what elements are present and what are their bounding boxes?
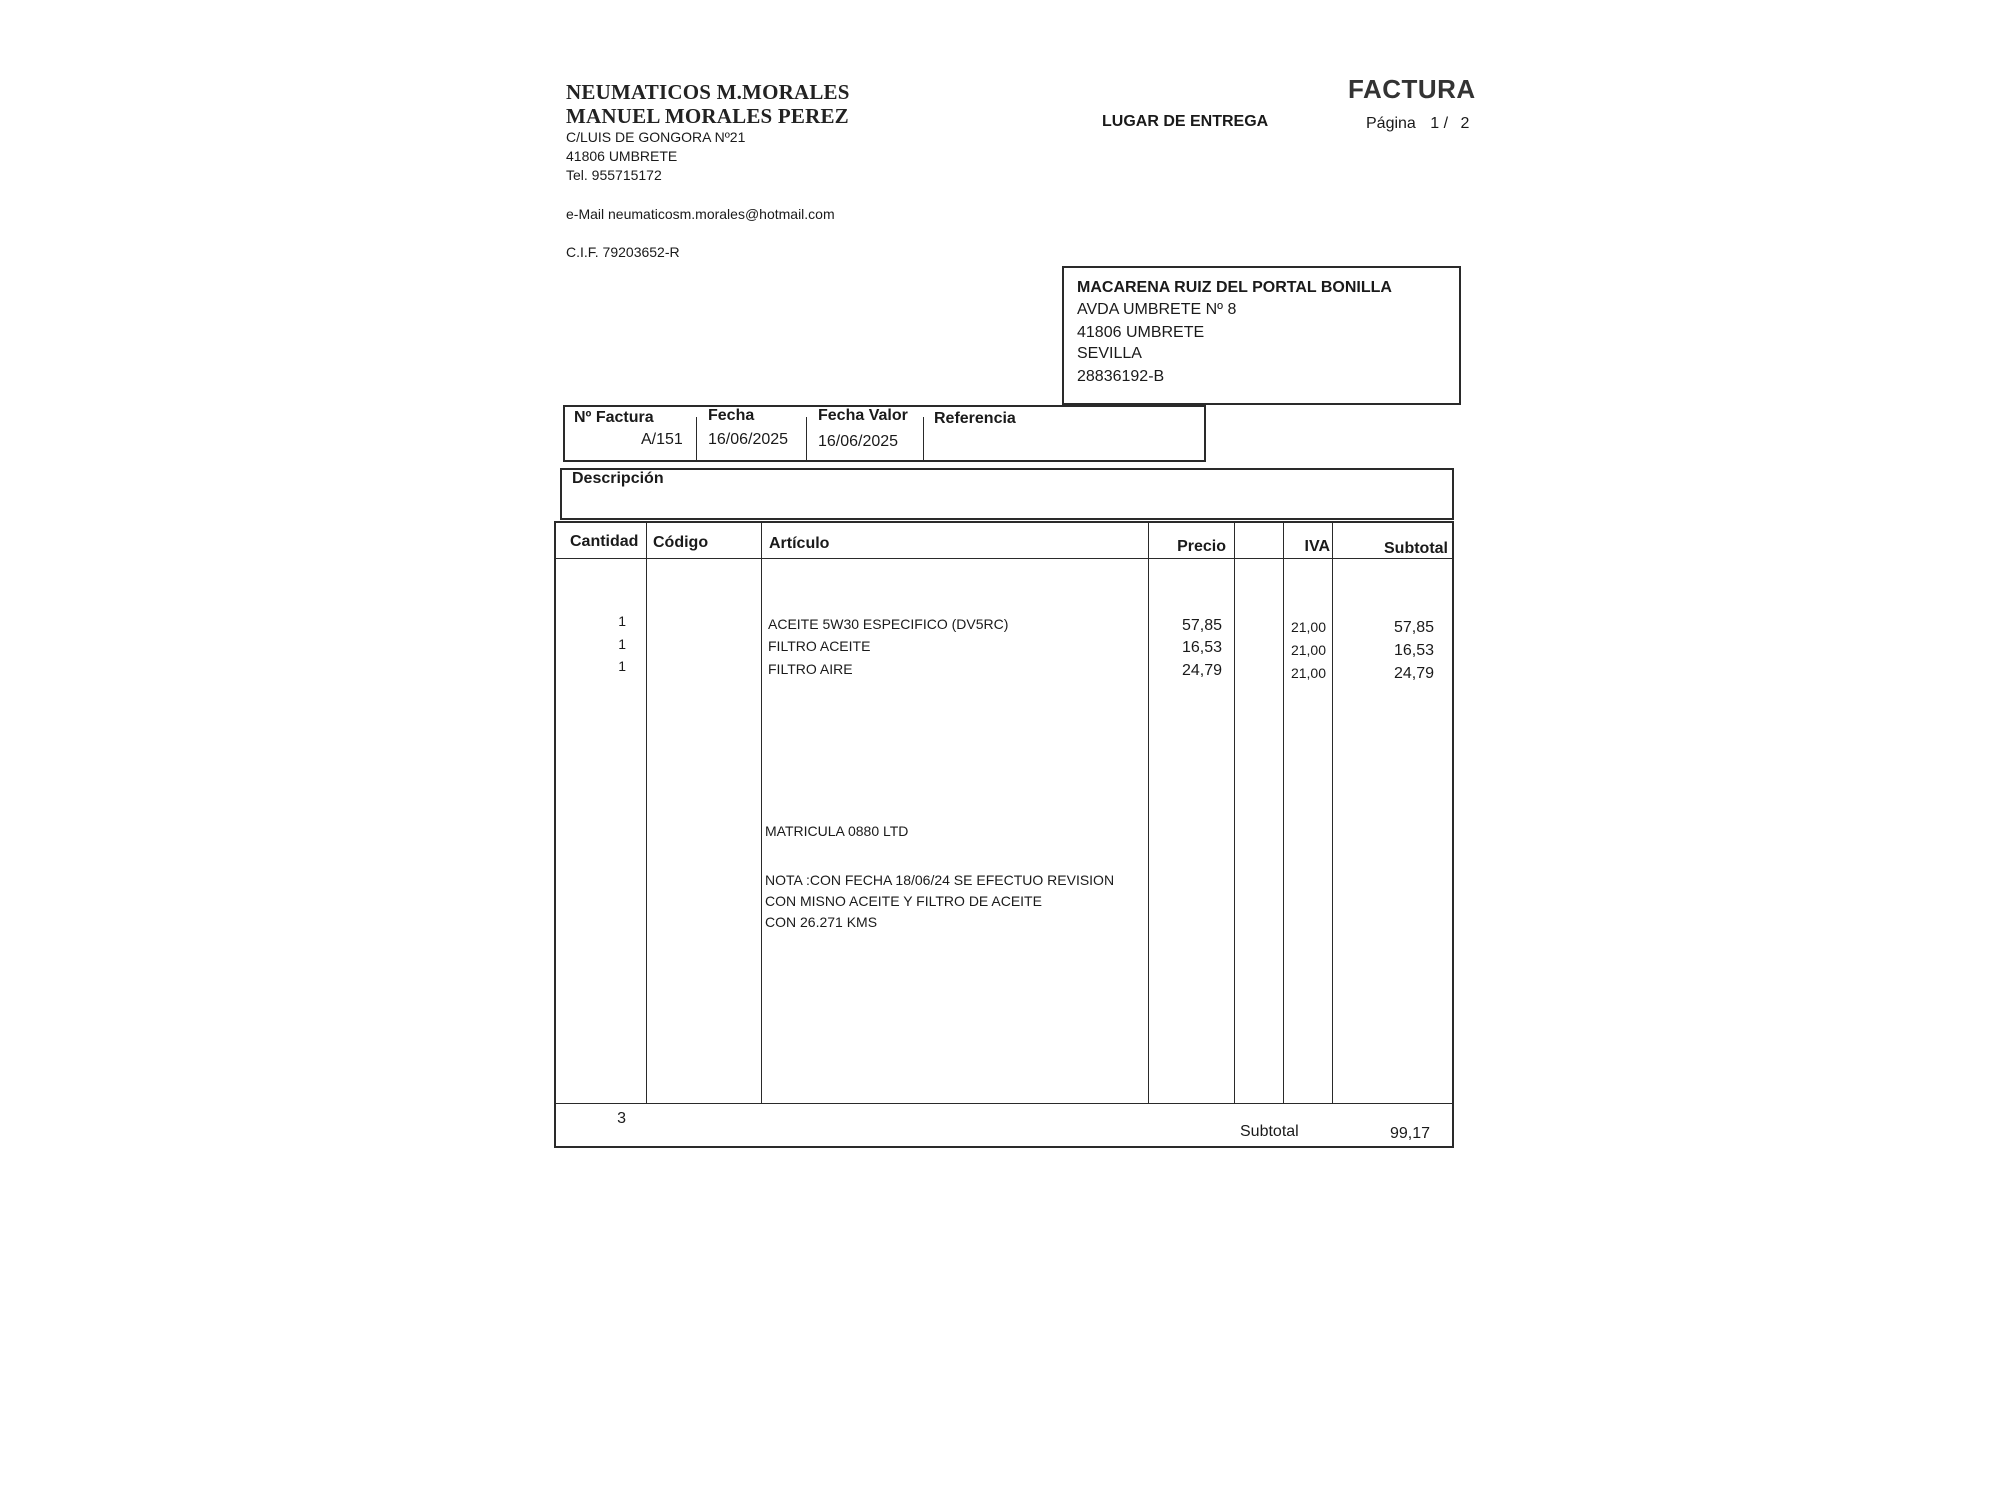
page-total: 2	[1461, 115, 1470, 132]
page-indicator: Página 1 / 2	[1366, 115, 1469, 133]
column-divider	[1148, 523, 1149, 1103]
invoice-info-box: Nº Factura A/151 Fecha 16/06/2025 Fecha …	[563, 405, 1206, 462]
date-label: Fecha	[708, 407, 754, 425]
delivery-place-label: LUGAR DE ENTREGA	[1102, 113, 1268, 131]
column-divider	[761, 523, 762, 1103]
column-header-quantity: Cantidad	[570, 533, 638, 551]
divider	[923, 417, 924, 461]
document-type: FACTURA	[1348, 74, 1476, 105]
column-divider	[1234, 523, 1235, 1103]
issuer-address: C/LUIS DE GONGORA Nº21	[566, 129, 745, 145]
description-label: Descripción	[572, 470, 664, 488]
column-divider	[646, 523, 647, 1103]
client-province: SEVILLA	[1077, 345, 1142, 363]
divider	[806, 417, 807, 461]
invoice-date: 16/06/2025	[708, 431, 788, 449]
row-price: 16,53	[1146, 639, 1222, 657]
row-quantity: 1	[576, 658, 626, 674]
client-box: MACARENA RUIZ DEL PORTAL BONILLA AVDA UM…	[1062, 266, 1461, 405]
row-subtotal: 24,79	[1338, 665, 1434, 683]
reference-label: Referencia	[934, 410, 1016, 428]
row-quantity: 1	[576, 613, 626, 629]
row-article: ACEITE 5W30 ESPECIFICO (DV5RC)	[768, 616, 1008, 632]
subtotal-value: 99,17	[1338, 1125, 1430, 1143]
issuer-owner: MANUEL MORALES PEREZ	[566, 104, 849, 129]
client-nif: 28836192-B	[1077, 368, 1164, 386]
column-header-price: Precio	[1158, 538, 1226, 556]
note-plate: MATRICULA 0880 LTD	[765, 823, 908, 839]
note-line: CON 26.271 KMS	[765, 914, 877, 930]
note-line: CON MISNO ACEITE Y FILTRO DE ACEITE	[765, 893, 1042, 909]
row-subtotal: 16,53	[1338, 642, 1434, 660]
invoice-number: A/151	[641, 431, 683, 449]
column-divider	[1332, 523, 1333, 1103]
client-city: 41806 UMBRETE	[1077, 324, 1204, 342]
note-line: NOTA :CON FECHA 18/06/24 SE EFECTUO REVI…	[765, 872, 1114, 888]
row-iva: 21,00	[1286, 642, 1326, 658]
items-table: Cantidad Código Artículo Precio IVA Subt…	[554, 521, 1454, 1148]
row-price: 24,79	[1146, 662, 1222, 680]
value-date: 16/06/2025	[818, 433, 898, 451]
row-subtotal: 57,85	[1338, 619, 1434, 637]
page-label: Página	[1366, 115, 1416, 132]
column-header-code: Código	[653, 534, 708, 552]
value-date-label: Fecha Valor	[818, 407, 908, 425]
issuer-phone: Tel. 955715172	[566, 167, 662, 183]
column-header-subtotal: Subtotal	[1338, 540, 1448, 558]
page-current: 1 /	[1430, 115, 1448, 132]
issuer-email: e-Mail neumaticosm.morales@hotmail.com	[566, 206, 835, 222]
header-divider	[556, 558, 1452, 559]
issuer-cif: C.I.F. 79203652-R	[566, 244, 680, 260]
row-quantity: 1	[576, 636, 626, 652]
description-box: Descripción	[560, 468, 1454, 520]
row-price: 57,85	[1146, 617, 1222, 635]
client-name: MACARENA RUIZ DEL PORTAL BONILLA	[1077, 279, 1392, 297]
column-divider	[1283, 523, 1284, 1103]
row-iva: 21,00	[1286, 665, 1326, 681]
row-article: FILTRO AIRE	[768, 661, 853, 677]
row-iva: 21,00	[1286, 619, 1326, 635]
subtotal-label: Subtotal	[1240, 1123, 1299, 1141]
footer-divider	[556, 1103, 1452, 1104]
divider	[696, 417, 697, 461]
invoice-number-label: Nº Factura	[574, 409, 654, 427]
issuer-city: 41806 UMBRETE	[566, 148, 677, 164]
column-header-iva: IVA	[1296, 538, 1330, 556]
client-address: AVDA UMBRETE Nº 8	[1077, 301, 1236, 319]
column-header-article: Artículo	[769, 535, 829, 553]
total-quantity: 3	[576, 1110, 626, 1128]
row-article: FILTRO ACEITE	[768, 638, 870, 654]
issuer-name: NEUMATICOS M.MORALES	[566, 80, 850, 105]
